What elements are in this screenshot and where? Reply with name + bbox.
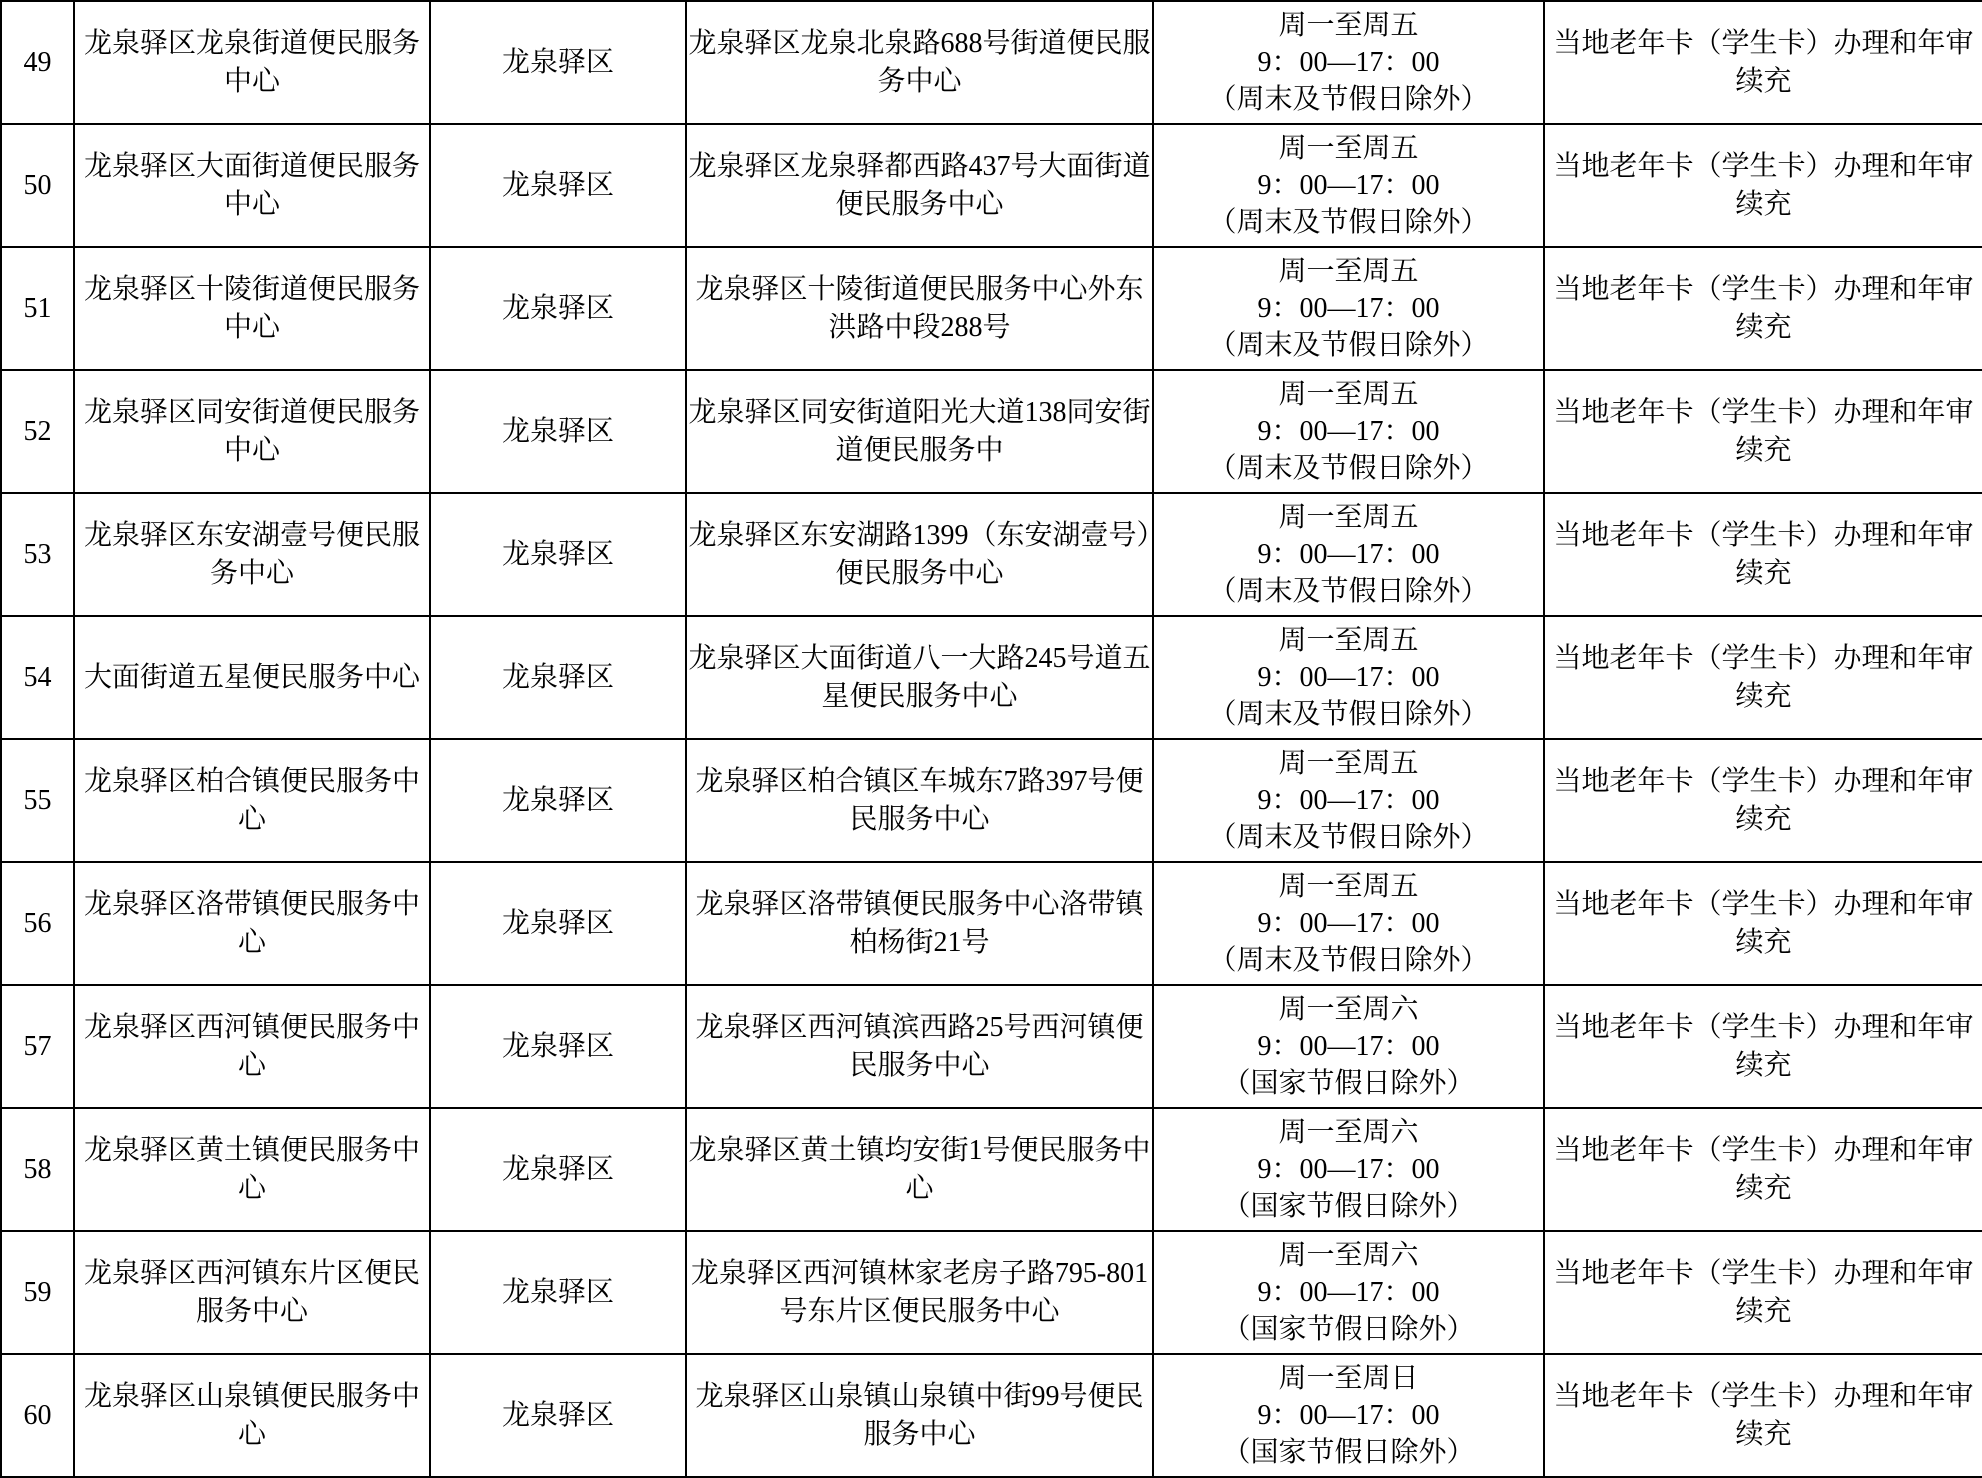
service-cell: 当地老年卡（学生卡）办理和年审续充 — [1544, 862, 1982, 985]
hours-time-line: 9：00—17：00 — [1154, 905, 1543, 942]
hours-days-line: 周一至周五 — [1154, 499, 1543, 536]
service-cell: 当地老年卡（学生卡）办理和年审续充 — [1544, 247, 1982, 370]
table-row: 50 龙泉驿区大面街道便民服务中心 龙泉驿区 龙泉驿区龙泉驿都西路437号大面街… — [1, 124, 1982, 247]
district-cell: 龙泉驿区 — [430, 493, 686, 616]
hours-time-line: 9：00—17：00 — [1154, 782, 1543, 819]
hours-cell: 周一至周五 9：00—17：00 （周末及节假日除外） — [1153, 739, 1544, 862]
service-cell: 当地老年卡（学生卡）办理和年审续充 — [1544, 1, 1982, 124]
table-row: 54 大面街道五星便民服务中心 龙泉驿区 龙泉驿区大面街道八一大路245号道五星… — [1, 616, 1982, 739]
hours-exception-line: （国家节假日除外） — [1154, 1311, 1543, 1348]
hours-days-line: 周一至周五 — [1154, 7, 1543, 44]
row-number-cell: 55 — [1, 739, 74, 862]
district-cell: 龙泉驿区 — [430, 1108, 686, 1231]
center-name-cell: 龙泉驿区十陵街道便民服务中心 — [74, 247, 430, 370]
table-row: 53 龙泉驿区东安湖壹号便民服务中心 龙泉驿区 龙泉驿区东安湖路1399（东安湖… — [1, 493, 1982, 616]
hours-days-line: 周一至周五 — [1154, 745, 1543, 782]
row-number-cell: 56 — [1, 862, 74, 985]
hours-days-line: 周一至周五 — [1154, 376, 1543, 413]
district-cell: 龙泉驿区 — [430, 616, 686, 739]
hours-exception-line: （周末及节假日除外） — [1154, 327, 1543, 364]
district-cell: 龙泉驿区 — [430, 739, 686, 862]
district-cell: 龙泉驿区 — [430, 370, 686, 493]
center-name-cell: 龙泉驿区大面街道便民服务中心 — [74, 124, 430, 247]
hours-days-line: 周一至周五 — [1154, 130, 1543, 167]
hours-exception-line: （周末及节假日除外） — [1154, 450, 1543, 487]
hours-cell: 周一至周五 9：00—17：00 （周末及节假日除外） — [1153, 247, 1544, 370]
address-cell: 龙泉驿区龙泉北泉路688号街道便民服务中心 — [686, 1, 1153, 124]
hours-exception-line: （国家节假日除外） — [1154, 1188, 1543, 1225]
service-cell: 当地老年卡（学生卡）办理和年审续充 — [1544, 1108, 1982, 1231]
district-cell: 龙泉驿区 — [430, 1, 686, 124]
hours-cell: 周一至周五 9：00—17：00 （周末及节假日除外） — [1153, 862, 1544, 985]
hours-cell: 周一至周日 9：00—17：00 （国家节假日除外） — [1153, 1354, 1544, 1477]
hours-days-line: 周一至周五 — [1154, 868, 1543, 905]
hours-cell: 周一至周五 9：00—17：00 （周末及节假日除外） — [1153, 370, 1544, 493]
center-name-cell: 龙泉驿区同安街道便民服务中心 — [74, 370, 430, 493]
row-number-cell: 53 — [1, 493, 74, 616]
center-name-cell: 龙泉驿区黄土镇便民服务中心 — [74, 1108, 430, 1231]
row-number-cell: 58 — [1, 1108, 74, 1231]
hours-time-line: 9：00—17：00 — [1154, 44, 1543, 81]
center-name-cell: 龙泉驿区西河镇便民服务中心 — [74, 985, 430, 1108]
hours-exception-line: （国家节假日除外） — [1154, 1065, 1543, 1102]
service-cell: 当地老年卡（学生卡）办理和年审续充 — [1544, 1231, 1982, 1354]
hours-cell: 周一至周五 9：00—17：00 （周末及节假日除外） — [1153, 616, 1544, 739]
hours-days-line: 周一至周日 — [1154, 1360, 1543, 1397]
hours-exception-line: （周末及节假日除外） — [1154, 942, 1543, 979]
table-row: 55 龙泉驿区柏合镇便民服务中心 龙泉驿区 龙泉驿区柏合镇区车城东7路397号便… — [1, 739, 1982, 862]
address-cell: 龙泉驿区柏合镇区车城东7路397号便民服务中心 — [686, 739, 1153, 862]
center-name-cell: 龙泉驿区山泉镇便民服务中心 — [74, 1354, 430, 1477]
hours-days-line: 周一至周六 — [1154, 1237, 1543, 1274]
service-cell: 当地老年卡（学生卡）办理和年审续充 — [1544, 370, 1982, 493]
hours-time-line: 9：00—17：00 — [1154, 659, 1543, 696]
address-cell: 龙泉驿区同安街道阳光大道138同安街道便民服务中 — [686, 370, 1153, 493]
row-number-cell: 57 — [1, 985, 74, 1108]
center-name-cell: 龙泉驿区洛带镇便民服务中心 — [74, 862, 430, 985]
address-cell: 龙泉驿区山泉镇山泉镇中街99号便民服务中心 — [686, 1354, 1153, 1477]
district-cell: 龙泉驿区 — [430, 1354, 686, 1477]
address-cell: 龙泉驿区大面街道八一大路245号道五星便民服务中心 — [686, 616, 1153, 739]
row-number-cell: 50 — [1, 124, 74, 247]
district-cell: 龙泉驿区 — [430, 124, 686, 247]
hours-time-line: 9：00—17：00 — [1154, 1274, 1543, 1311]
service-centers-table: 49 龙泉驿区龙泉街道便民服务中心 龙泉驿区 龙泉驿区龙泉北泉路688号街道便民… — [0, 0, 1982, 1478]
address-cell: 龙泉驿区洛带镇便民服务中心洛带镇柏杨街21号 — [686, 862, 1153, 985]
hours-days-line: 周一至周五 — [1154, 622, 1543, 659]
hours-days-line: 周一至周五 — [1154, 253, 1543, 290]
district-cell: 龙泉驿区 — [430, 247, 686, 370]
row-number-cell: 51 — [1, 247, 74, 370]
hours-time-line: 9：00—17：00 — [1154, 536, 1543, 573]
address-cell: 龙泉驿区西河镇林家老房子路795-801号东片区便民服务中心 — [686, 1231, 1153, 1354]
table-row: 52 龙泉驿区同安街道便民服务中心 龙泉驿区 龙泉驿区同安街道阳光大道138同安… — [1, 370, 1982, 493]
district-cell: 龙泉驿区 — [430, 985, 686, 1108]
service-cell: 当地老年卡（学生卡）办理和年审续充 — [1544, 739, 1982, 862]
service-cell: 当地老年卡（学生卡）办理和年审续充 — [1544, 1354, 1982, 1477]
address-cell: 龙泉驿区西河镇滨西路25号西河镇便民服务中心 — [686, 985, 1153, 1108]
hours-exception-line: （周末及节假日除外） — [1154, 204, 1543, 241]
center-name-cell: 龙泉驿区龙泉街道便民服务中心 — [74, 1, 430, 124]
address-cell: 龙泉驿区龙泉驿都西路437号大面街道便民服务中心 — [686, 124, 1153, 247]
center-name-cell: 龙泉驿区西河镇东片区便民服务中心 — [74, 1231, 430, 1354]
table-body: 49 龙泉驿区龙泉街道便民服务中心 龙泉驿区 龙泉驿区龙泉北泉路688号街道便民… — [1, 1, 1982, 1477]
table-row: 60 龙泉驿区山泉镇便民服务中心 龙泉驿区 龙泉驿区山泉镇山泉镇中街99号便民服… — [1, 1354, 1982, 1477]
row-number-cell: 52 — [1, 370, 74, 493]
hours-cell: 周一至周六 9：00—17：00 （国家节假日除外） — [1153, 1108, 1544, 1231]
service-cell: 当地老年卡（学生卡）办理和年审续充 — [1544, 616, 1982, 739]
center-name-cell: 龙泉驿区东安湖壹号便民服务中心 — [74, 493, 430, 616]
table-row: 58 龙泉驿区黄土镇便民服务中心 龙泉驿区 龙泉驿区黄土镇均安街1号便民服务中心… — [1, 1108, 1982, 1231]
hours-time-line: 9：00—17：00 — [1154, 167, 1543, 204]
hours-cell: 周一至周五 9：00—17：00 （周末及节假日除外） — [1153, 1, 1544, 124]
hours-exception-line: （周末及节假日除外） — [1154, 573, 1543, 610]
table-row: 57 龙泉驿区西河镇便民服务中心 龙泉驿区 龙泉驿区西河镇滨西路25号西河镇便民… — [1, 985, 1982, 1108]
district-cell: 龙泉驿区 — [430, 862, 686, 985]
center-name-cell: 龙泉驿区柏合镇便民服务中心 — [74, 739, 430, 862]
table-row: 51 龙泉驿区十陵街道便民服务中心 龙泉驿区 龙泉驿区十陵街道便民服务中心外东洪… — [1, 247, 1982, 370]
hours-time-line: 9：00—17：00 — [1154, 413, 1543, 450]
service-cell: 当地老年卡（学生卡）办理和年审续充 — [1544, 124, 1982, 247]
hours-cell: 周一至周六 9：00—17：00 （国家节假日除外） — [1153, 1231, 1544, 1354]
hours-days-line: 周一至周六 — [1154, 991, 1543, 1028]
hours-time-line: 9：00—17：00 — [1154, 1397, 1543, 1434]
district-cell: 龙泉驿区 — [430, 1231, 686, 1354]
hours-cell: 周一至周六 9：00—17：00 （国家节假日除外） — [1153, 985, 1544, 1108]
address-cell: 龙泉驿区十陵街道便民服务中心外东洪路中段288号 — [686, 247, 1153, 370]
row-number-cell: 59 — [1, 1231, 74, 1354]
table-row: 49 龙泉驿区龙泉街道便民服务中心 龙泉驿区 龙泉驿区龙泉北泉路688号街道便民… — [1, 1, 1982, 124]
row-number-cell: 49 — [1, 1, 74, 124]
hours-time-line: 9：00—17：00 — [1154, 1151, 1543, 1188]
table-row: 59 龙泉驿区西河镇东片区便民服务中心 龙泉驿区 龙泉驿区西河镇林家老房子路79… — [1, 1231, 1982, 1354]
row-number-cell: 60 — [1, 1354, 74, 1477]
address-cell: 龙泉驿区东安湖路1399（东安湖壹号）便民服务中心 — [686, 493, 1153, 616]
hours-exception-line: （周末及节假日除外） — [1154, 819, 1543, 856]
hours-exception-line: （周末及节假日除外） — [1154, 81, 1543, 118]
hours-exception-line: （国家节假日除外） — [1154, 1434, 1543, 1471]
hours-cell: 周一至周五 9：00—17：00 （周末及节假日除外） — [1153, 493, 1544, 616]
hours-time-line: 9：00—17：00 — [1154, 1028, 1543, 1065]
hours-cell: 周一至周五 9：00—17：00 （周末及节假日除外） — [1153, 124, 1544, 247]
row-number-cell: 54 — [1, 616, 74, 739]
table-row: 56 龙泉驿区洛带镇便民服务中心 龙泉驿区 龙泉驿区洛带镇便民服务中心洛带镇柏杨… — [1, 862, 1982, 985]
service-cell: 当地老年卡（学生卡）办理和年审续充 — [1544, 493, 1982, 616]
address-cell: 龙泉驿区黄土镇均安街1号便民服务中心 — [686, 1108, 1153, 1231]
hours-exception-line: （周末及节假日除外） — [1154, 696, 1543, 733]
center-name-cell: 大面街道五星便民服务中心 — [74, 616, 430, 739]
hours-time-line: 9：00—17：00 — [1154, 290, 1543, 327]
hours-days-line: 周一至周六 — [1154, 1114, 1543, 1151]
service-cell: 当地老年卡（学生卡）办理和年审续充 — [1544, 985, 1982, 1108]
